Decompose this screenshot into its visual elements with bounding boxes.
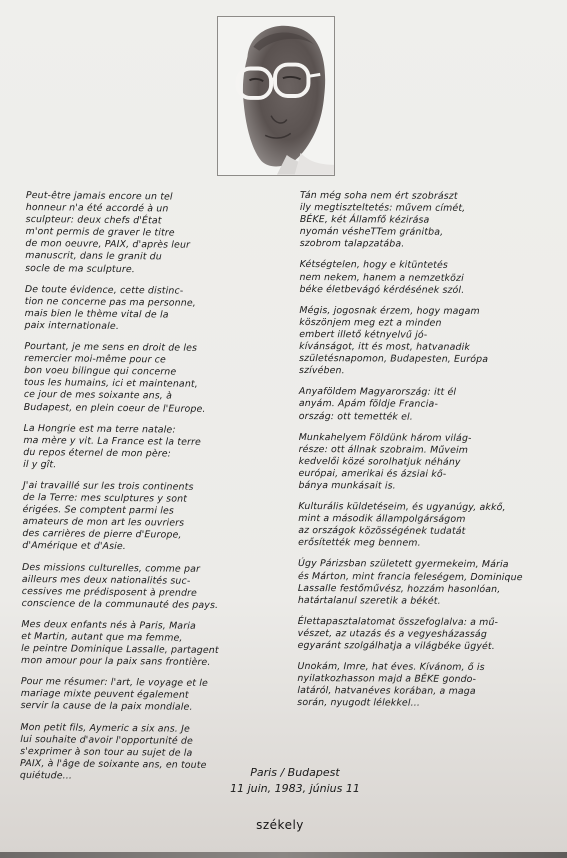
signoff-block: Paris / Budapest 11 juin, 1983, június 1… bbox=[195, 765, 395, 797]
portrait-image bbox=[218, 17, 334, 175]
hungarian-line: Kétségtelen, hogy e kitüntetés bbox=[300, 259, 555, 272]
hungarian-paragraph: Kulturális küldetéseim, és ugyanúgy, akk… bbox=[298, 501, 553, 551]
hungarian-line: Lassalle festőművész, hozzám hasonlóan, bbox=[298, 583, 553, 596]
hungarian-paragraph: Anyaföldem Magyarország: itt élanyám. Ap… bbox=[299, 386, 554, 424]
hungarian-line: béke életbevágó kérdésének szól. bbox=[299, 284, 554, 297]
hungarian-line: nem nekem, hanem a nemzetközi bbox=[300, 272, 555, 285]
french-paragraph: Des missions culturelles, comme paraille… bbox=[22, 562, 272, 613]
french-line: conscience de la communauté des pays. bbox=[22, 598, 272, 613]
hungarian-line: szívében. bbox=[299, 365, 554, 378]
french-text-column: Peut-être jamais encore un telhonneur n'… bbox=[20, 190, 276, 794]
hungarian-line: Mégis, jogosnak érzem, hogy magam bbox=[299, 305, 554, 318]
hungarian-line: egyaránt szolgálhatja a világbéke ügyét. bbox=[298, 640, 553, 653]
portrait-photo bbox=[217, 16, 335, 176]
hungarian-line: része: ott állnak szobraim. Műveim bbox=[299, 444, 554, 457]
hungarian-paragraph: Unokám, Imre, hat éves. Kívánom, ő isnyi… bbox=[297, 661, 552, 711]
signoff-place: Paris / Budapest bbox=[195, 765, 395, 781]
signoff-date: 11 juin, 1983, június 11 bbox=[195, 781, 395, 797]
french-line: mon amour pour la paix sans frontière. bbox=[21, 655, 271, 670]
french-line: d'Amérique et d'Asie. bbox=[22, 540, 272, 555]
hungarian-text-column: Tán még soha nem ért szobrásztily megtis… bbox=[297, 190, 555, 720]
french-paragraph: La Hongrie est ma terre natale:ma mère y… bbox=[23, 423, 273, 474]
french-paragraph: Pour me résumer: l'art, le voyage et lem… bbox=[21, 676, 271, 715]
french-line: servir la cause de la paix mondiale. bbox=[21, 700, 271, 715]
page-bottom-edge bbox=[0, 852, 567, 858]
hungarian-line: bánya munkásait is. bbox=[298, 480, 553, 493]
hungarian-line: során, nyugodt lélekkel... bbox=[297, 697, 552, 710]
hungarian-line: Úgy Párizsban született gyermekeim, Mári… bbox=[298, 558, 553, 571]
signature: székely bbox=[240, 818, 320, 832]
french-line: paix internationale. bbox=[25, 320, 275, 335]
hungarian-paragraph: Munkahelyem Földünk három világ-része: o… bbox=[298, 432, 553, 494]
hungarian-paragraph: Úgy Párizsban született gyermekeim, Mári… bbox=[298, 558, 553, 608]
french-paragraph: Pourtant, je me sens en droit de lesreme… bbox=[24, 341, 275, 416]
french-paragraph: J'ai travaillé sur les trois continentsd… bbox=[22, 480, 273, 555]
french-line: socle de ma sculpture. bbox=[25, 263, 275, 278]
hungarian-line: anyám. Apám földje Francia- bbox=[299, 398, 554, 411]
hungarian-line: erősítették meg bennem. bbox=[298, 537, 553, 550]
hungarian-line: szobrom talapzatába. bbox=[300, 238, 555, 251]
hungarian-line: és Márton, mint francia feleségem, Domin… bbox=[298, 571, 553, 584]
french-paragraph: Peut-être jamais encore un telhonneur n'… bbox=[25, 190, 276, 277]
hungarian-paragraph: Kétségtelen, hogy e kitüntetésnem nekem,… bbox=[299, 259, 554, 297]
hungarian-line: Munkahelyem Földünk három világ- bbox=[299, 432, 554, 445]
hungarian-line: határtalanul szeretik a békét. bbox=[298, 595, 553, 608]
hungarian-line: ország: ott temették el. bbox=[299, 410, 554, 423]
hungarian-paragraph: Mégis, jogosnak érzem, hogy magamköszönj… bbox=[299, 305, 554, 379]
hungarian-paragraph: Élettapasztalatomat összefoglalva: a mű-… bbox=[298, 616, 553, 654]
french-line: Budapest, en plein coeur de l'Europe. bbox=[24, 401, 274, 416]
hungarian-paragraph: Tán még soha nem ért szobrásztily megtis… bbox=[300, 190, 555, 252]
french-paragraph: De toute évidence, cette distinc-tion ne… bbox=[25, 284, 275, 335]
scanned-page: Peut-être jamais encore un telhonneur n'… bbox=[0, 0, 567, 855]
french-paragraph: Mes deux enfants nés à Paris, Mariaet Ma… bbox=[21, 619, 271, 670]
french-line: il y gît. bbox=[23, 459, 273, 474]
